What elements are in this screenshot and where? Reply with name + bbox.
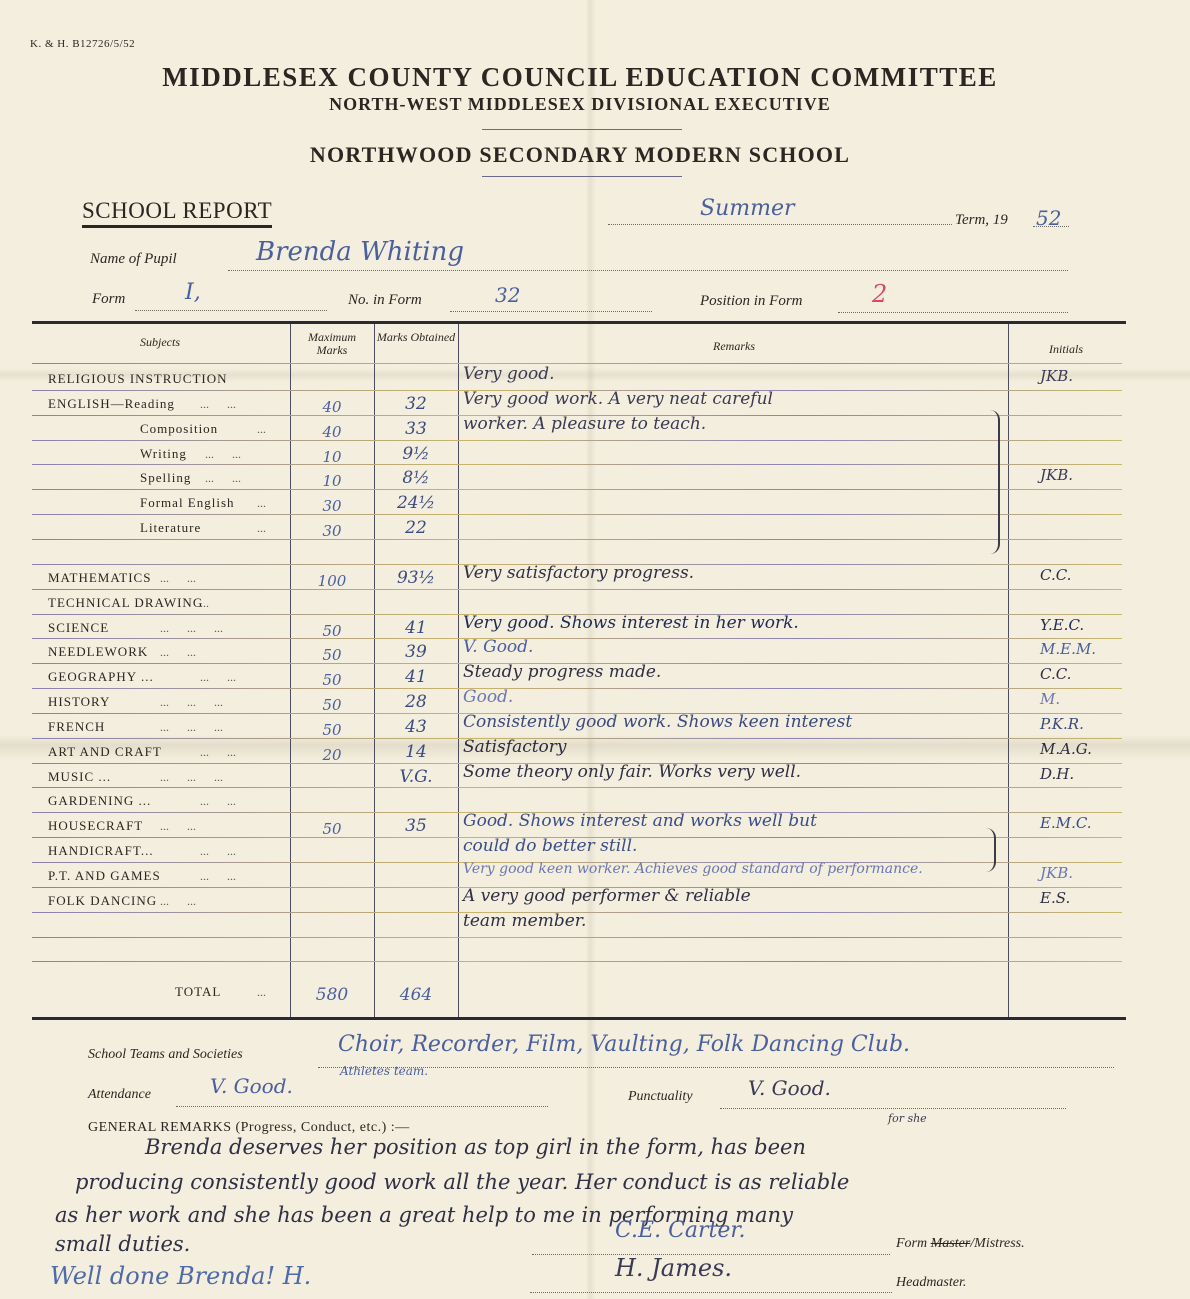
- subject-leader-dots: ... ...: [200, 397, 236, 412]
- remark-text: A very good performer & reliable: [463, 886, 751, 906]
- subject-name: RELIGIOUS INSTRUCTION: [48, 371, 228, 387]
- subject-name: GEOGRAPHY ...: [48, 669, 154, 685]
- general-remarks-insert: for she: [888, 1112, 927, 1125]
- row-rule: [32, 688, 1122, 689]
- general-remark-line-1: Brenda deserves her position as top girl…: [145, 1135, 806, 1159]
- position-label: Position in Form: [700, 293, 803, 310]
- remark-text: could do better still.: [463, 836, 637, 856]
- max-marks: 50: [292, 671, 372, 689]
- report-title: SCHOOL REPORT: [82, 198, 272, 228]
- row-rule: [32, 440, 1122, 441]
- teams-value: Choir, Recorder, Film, Vaulting, Folk Da…: [338, 1032, 910, 1057]
- marks-obtained: 43: [376, 717, 456, 737]
- max-marks: 50: [292, 820, 372, 838]
- marks-obtained: 14: [376, 742, 456, 762]
- total-max: 580: [292, 985, 372, 1005]
- row-rule: [32, 363, 1122, 364]
- header-subjects: Subjects: [40, 336, 280, 349]
- max-marks: 50: [292, 721, 372, 739]
- marks-obtained: 22: [376, 518, 456, 538]
- form-mistress-signature: C.E. Carter.: [615, 1218, 746, 1243]
- subject-name: NEEDLEWORK: [48, 644, 148, 660]
- general-remark-line-4: small duties.: [55, 1232, 190, 1256]
- subject-leader-dots: ... ... ...: [160, 720, 223, 735]
- attendance-label: Attendance: [88, 1087, 151, 1103]
- form-label-suffix: /Mistress.: [970, 1236, 1024, 1251]
- subject-leader-dots: ...: [257, 496, 266, 511]
- marks-obtained: 41: [376, 618, 456, 638]
- subject-name: HISTORY: [48, 694, 110, 710]
- teams-label: School Teams and Societies: [88, 1047, 243, 1063]
- subject-leader-dots: ... ... ...: [160, 770, 223, 785]
- form-label: Form: [92, 291, 125, 308]
- english-bracket: [986, 410, 1000, 554]
- subject-name: TECHNICAL DRAWING: [48, 595, 203, 611]
- header-divider-bottom: [482, 176, 682, 177]
- marks-obtained: 41: [376, 667, 456, 687]
- term-value: Summer: [700, 196, 795, 221]
- subject-name: ART AND CRAFT: [48, 744, 162, 760]
- max-marks: 50: [292, 622, 372, 640]
- school-title: NORTHWOOD SECONDARY MODERN SCHOOL: [0, 142, 1160, 168]
- general-remarks-label: GENERAL REMARKS (Progress, Conduct, etc.…: [88, 1120, 410, 1136]
- teacher-initials: M.A.G.: [1040, 740, 1092, 758]
- subject-name: Formal English: [140, 495, 235, 511]
- row-rule: [32, 539, 1122, 540]
- subject-leader-dots: ... ...: [205, 447, 241, 462]
- remark-text: Satisfactory: [463, 737, 567, 757]
- total-obtained: 464: [376, 985, 456, 1005]
- no-in-form-label: No. in Form: [348, 292, 422, 309]
- row-rule: [32, 961, 1122, 962]
- teacher-initials: M.E.M.: [1040, 640, 1096, 658]
- marks-obtained: 9½: [376, 444, 456, 464]
- max-marks: 50: [292, 696, 372, 714]
- teacher-initials: P.K.R.: [1040, 715, 1084, 733]
- remark-text: Good.: [463, 687, 513, 707]
- row-rule: [32, 514, 1122, 515]
- max-marks: 50: [292, 646, 372, 664]
- marks-obtained: 8½: [376, 468, 456, 488]
- remark-text: Some theory only fair. Works very well.: [463, 762, 801, 782]
- pupil-name: Brenda Whiting: [256, 237, 464, 267]
- subject-leader-dots: ... ...: [200, 670, 236, 685]
- council-title: MIDDLESEX COUNTY COUNCIL EDUCATION COMMI…: [0, 62, 1160, 93]
- subject-name: Composition: [140, 421, 218, 437]
- col-divider-initials: [1008, 324, 1009, 1017]
- max-marks: 30: [292, 497, 372, 515]
- total-label: TOTAL: [175, 984, 221, 1000]
- subject-name: FRENCH: [48, 719, 105, 735]
- subject-leader-dots: ... ...: [200, 869, 236, 884]
- subject-leader-dots: ... ...: [200, 745, 236, 760]
- remark-text: Very good work. A very neat careful: [463, 389, 773, 409]
- subject-leader-dots: ...: [257, 521, 266, 536]
- subject-leader-dots: ... ...: [160, 819, 196, 834]
- subject-leader-dots: ... ... ...: [160, 621, 223, 636]
- subject-name: MATHEMATICS: [48, 570, 151, 586]
- subject-leader-dots: ... ...: [200, 794, 236, 809]
- max-marks: 20: [292, 746, 372, 764]
- form-label-prefix: Form: [896, 1236, 931, 1251]
- remark-text: worker. A pleasure to teach.: [463, 414, 706, 434]
- remark-text: Very satisfactory progress.: [463, 563, 694, 583]
- remark-text: Good. Shows interest and works well but: [463, 811, 817, 831]
- subject-leader-dots: ...: [257, 422, 266, 437]
- subject-name: FOLK DANCING: [48, 893, 157, 909]
- term-label: Term, 19: [955, 212, 1008, 229]
- position-value: 2: [872, 280, 887, 308]
- col-divider-max: [290, 324, 291, 1017]
- header-divider-top: [482, 129, 682, 130]
- header-max-marks: Maximum Marks: [292, 331, 372, 357]
- remark-text: team member.: [463, 911, 586, 931]
- subject-leader-dots: ... ...: [200, 844, 236, 859]
- marks-obtained: 33: [376, 419, 456, 439]
- marks-obtained: 35: [376, 816, 456, 836]
- max-marks: 100: [292, 572, 372, 590]
- subject-leader-dots: ...: [200, 596, 209, 611]
- subject-leader-dots: ... ...: [205, 471, 241, 486]
- attendance-value: V. Good.: [210, 1074, 293, 1098]
- subject-leader-dots: ... ...: [160, 571, 196, 586]
- form-value: I,: [185, 280, 201, 305]
- marks-obtained: 93½: [376, 568, 456, 588]
- teacher-initials: Y.E.C.: [1040, 616, 1084, 634]
- marks-obtained: V.G.: [376, 767, 456, 787]
- max-marks: 10: [292, 472, 372, 490]
- table-top-rule: [32, 321, 1126, 324]
- teacher-initials: JKB.: [1040, 864, 1073, 882]
- headmaster-signature: H. James.: [615, 1254, 732, 1282]
- housecraft-bracket: [986, 828, 996, 872]
- remark-text: Very good. Shows interest in her work.: [463, 613, 799, 633]
- subject-name: GARDENING ...: [48, 793, 151, 809]
- row-rule: [32, 489, 1122, 490]
- col-divider-remarks: [458, 324, 459, 1017]
- general-remark-line-2: producing consistently good work all the…: [75, 1170, 849, 1194]
- subject-leader-dots: ... ...: [160, 645, 196, 660]
- marks-obtained: 28: [376, 692, 456, 712]
- teacher-initials: E.S.: [1040, 889, 1070, 907]
- subject-name: ENGLISH—Reading: [48, 396, 175, 412]
- teacher-initials: JKB.: [1040, 466, 1073, 484]
- subject-name: HANDICRAFT...: [48, 843, 154, 859]
- print-reference: K. & H. B12726/5/52: [30, 38, 135, 50]
- subject-leader-dots: ... ...: [160, 894, 196, 909]
- row-rule: [32, 464, 1122, 465]
- form-field: [135, 292, 327, 311]
- subject-name: Writing: [140, 446, 187, 462]
- row-rule: [32, 638, 1122, 639]
- teacher-initials: D.H.: [1040, 765, 1074, 783]
- remark-text: Very good keen worker. Achieves good sta…: [463, 861, 923, 877]
- teacher-initials: C.C.: [1040, 665, 1071, 683]
- remark-text: Very good.: [463, 364, 555, 384]
- header-remarks: Remarks: [460, 340, 1008, 353]
- term-year: 52: [1036, 206, 1061, 230]
- punctuality-value: V. Good.: [748, 1076, 831, 1100]
- no-in-form-field: [450, 293, 652, 312]
- form-master-struck: Master: [931, 1236, 971, 1251]
- teacher-initials: M.: [1040, 690, 1060, 708]
- marks-obtained: 39: [376, 642, 456, 662]
- teacher-initials: C.C.: [1040, 566, 1071, 584]
- division-title: NORTH-WEST MIDDLESEX DIVISIONAL EXECUTIV…: [0, 94, 1160, 115]
- subject-name: HOUSECRAFT: [48, 818, 143, 834]
- subject-name: Literature: [140, 520, 201, 536]
- max-marks: 40: [292, 423, 372, 441]
- subject-name: Spelling: [140, 470, 191, 486]
- form-mistress-label: Form Master/Mistress.: [896, 1236, 1025, 1252]
- remark-text: Consistently good work. Shows keen inter…: [463, 712, 852, 732]
- subject-leader-dots: ... ... ...: [160, 695, 223, 710]
- marks-obtained: 24½: [376, 493, 456, 513]
- header-initials: Initials: [1010, 343, 1122, 356]
- pupil-name-label: Name of Pupil: [90, 251, 177, 268]
- remark-text: V. Good.: [463, 637, 533, 657]
- total-dots: ...: [257, 985, 266, 1000]
- row-rule: [32, 937, 1122, 938]
- teams-extra: Athletes team.: [340, 1064, 428, 1078]
- subject-name: MUSIC ...: [48, 769, 111, 785]
- header-marks-obtained: Marks Obtained: [376, 331, 456, 344]
- max-marks: 30: [292, 522, 372, 540]
- row-rule: [32, 738, 1122, 739]
- subject-name: SCIENCE: [48, 620, 109, 636]
- marks-obtained: 32: [376, 394, 456, 414]
- max-marks: 10: [292, 448, 372, 466]
- col-divider-obtained: [374, 324, 375, 1017]
- subject-name: P.T. AND GAMES: [48, 868, 161, 884]
- headmaster-comment: Well done Brenda! H.: [50, 1262, 311, 1290]
- headmaster-label: Headmaster.: [896, 1275, 966, 1291]
- teacher-initials: JKB.: [1040, 367, 1073, 385]
- remark-text: Steady progress made.: [463, 662, 661, 682]
- max-marks: 40: [292, 398, 372, 416]
- row-rule: [32, 787, 1122, 788]
- punctuality-label: Punctuality: [628, 1089, 693, 1105]
- teacher-initials: E.M.C.: [1040, 814, 1092, 832]
- table-bottom-rule: [32, 1017, 1126, 1020]
- no-in-form-value: 32: [495, 283, 520, 307]
- row-rule: [32, 589, 1122, 590]
